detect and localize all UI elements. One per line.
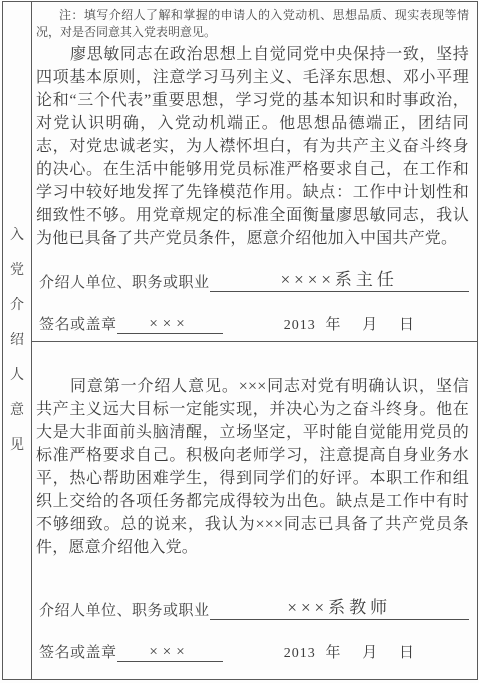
introducer-unit-value: ×××系教师	[287, 598, 391, 617]
date-units: 年 月 日	[325, 317, 423, 333]
form-title-char: 党	[10, 264, 24, 278]
second-date: 2013 年 月 日	[284, 641, 423, 662]
introducer-unit-field: ×××系教师	[210, 593, 469, 620]
signature-label: 签名或盖章	[39, 313, 117, 334]
form-title-char: 介	[10, 299, 24, 313]
form-table-frame: 入 党 介 绍 人 意 见 注：填写介绍人了解和掌握的申请人的入党动机、思想品质…	[2, 1, 478, 680]
signature-field: ×××	[117, 316, 223, 334]
first-introducer-unit-row: 介绍人单位、职务或职业 ××××系主任	[36, 265, 469, 292]
form-title-char: 见	[10, 439, 24, 453]
form-title-char: 绍	[10, 334, 24, 348]
first-introducer-paragraph: 廖思敏同志在政治思想上自觉同党中央保持一致，坚持四项基本原则，注意学习马列主义、…	[36, 43, 469, 250]
second-introducer-unit-row: 介绍人单位、职务或职业 ×××系教师	[36, 593, 469, 620]
introducer-unit-value: ××××系主任	[281, 270, 398, 289]
second-introducer-section: 同意第一介绍人意见。×××同志对党有明确认识，坚信共产主义远大目标一定能实现，并…	[32, 342, 477, 679]
date-units: 年 月 日	[325, 645, 423, 661]
introducer-unit-label: 介绍人单位、职务或职业	[39, 599, 210, 620]
form-content-column: 注：填写介绍人了解和掌握的申请人的入党动机、思想品质、现实表现等情况，对是否同意…	[32, 2, 477, 679]
form-title-char: 意	[10, 404, 24, 418]
signature-value: ×××	[149, 644, 189, 660]
signature-label: 签名或盖章	[39, 641, 117, 662]
form-title-char: 入	[10, 229, 24, 243]
first-introducer-section: 注：填写介绍人了解和掌握的申请人的入党动机、思想品质、现实表现等情况，对是否同意…	[32, 2, 477, 342]
introducer-unit-field: ××××系主任	[210, 265, 469, 292]
first-date: 2013 年 月 日	[284, 313, 423, 334]
date-year: 2013	[284, 646, 316, 661]
second-signature-row: 签名或盖章 ××× 2013 年 月 日	[36, 641, 469, 662]
second-introducer-paragraph: 同意第一介绍人意见。×××同志对党有明确认识，坚信共产主义远大目标一定能实现，并…	[36, 375, 469, 559]
signature-field: ×××	[117, 644, 223, 662]
form-title-vertical: 入 党 介 绍 人 意 见	[3, 2, 32, 679]
date-year: 2013	[284, 318, 316, 333]
note-text: 注：填写介绍人了解和掌握的申请人的入党动机、思想品质、现实表现等情况，对是否同意…	[36, 7, 469, 41]
form-title-char: 人	[10, 369, 24, 383]
introducer-unit-label: 介绍人单位、职务或职业	[39, 271, 210, 292]
signature-value: ×××	[149, 316, 189, 332]
party-introducer-opinion-form: 入 党 介 绍 人 意 见 注：填写介绍人了解和掌握的申请人的入党动机、思想品质…	[0, 0, 479, 683]
first-signature-row: 签名或盖章 ××× 2013 年 月 日	[36, 313, 469, 334]
